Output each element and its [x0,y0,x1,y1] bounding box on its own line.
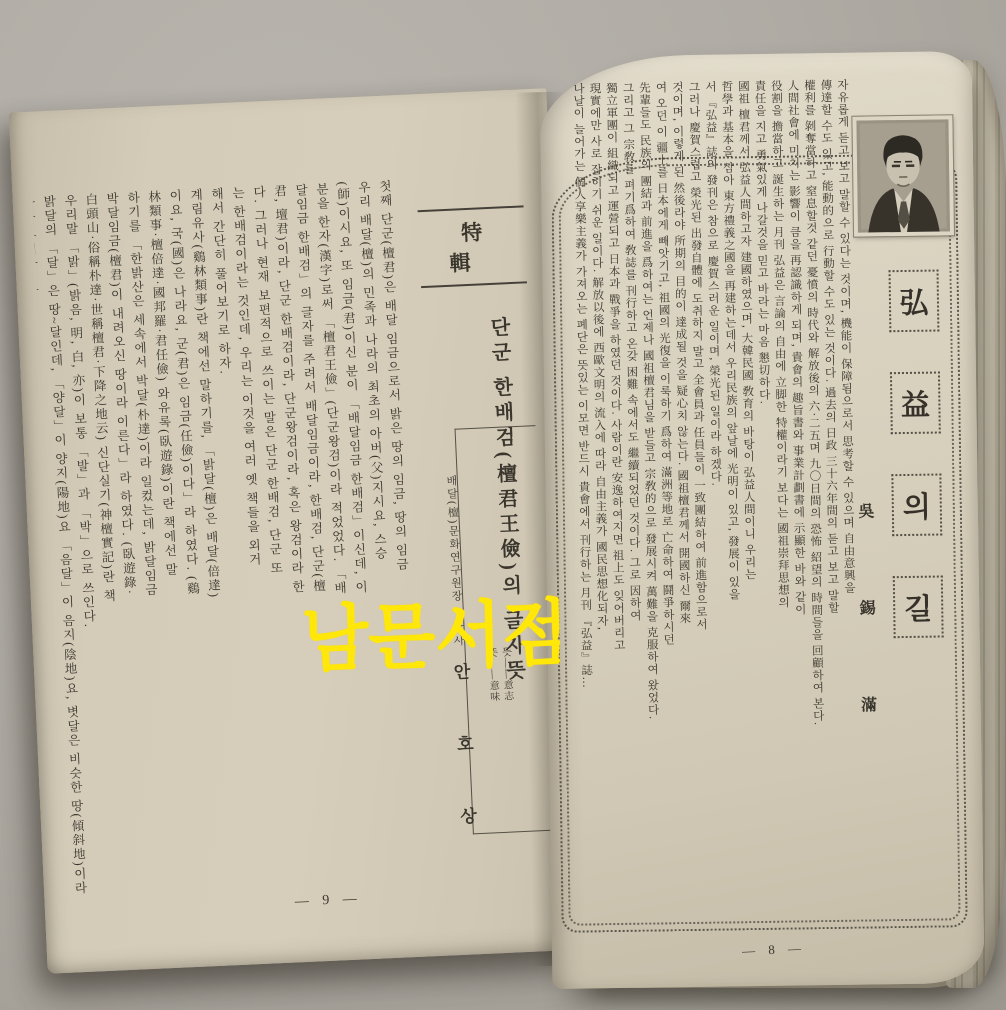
left-page: 特輯 단군 한배검(檀君王儉)의 글자뜻 뜻——意志 뜻——意味 배달(檀)문화… [9,88,586,974]
right-page-content: 弘 益 의 길 吳 錫 滿 자유롭게 듣고 보고 말할 수 있다는 것이며, 機… [554,63,971,977]
title-character-box: 弘 [889,270,940,333]
page-number-right: — 8 — [742,940,807,959]
article-title-boxes: 弘 益 의 길 [889,270,945,679]
title-character-box: 의 [891,473,942,536]
left-page-body: 첫째 단군(檀君)은 배달 임금으로서 밝은 땅의 임금, 땅의 임금 우리 배… [33,179,427,901]
title-character-box: 益 [890,372,941,435]
bookstore-watermark: 남문서점 [300,575,570,686]
portrait-illustration [856,119,950,232]
right-page: 弘 益 의 길 吳 錫 滿 자유롭게 듣고 보고 말할 수 있다는 것이며, 機… [540,51,985,989]
author-portrait-photo [852,115,954,236]
right-page-body: 자유롭게 듣고 보고 말할 수 있다는 것이며, 機能이 保障됨으로서 思考할 … [556,79,860,821]
page-number-left: — 9 — [294,891,362,910]
title-character-box: 길 [893,575,944,638]
book-photo: 特輯 단군 한배검(檀君王儉)의 글자뜻 뜻——意志 뜻——意味 배달(檀)문화… [0,0,1006,1010]
section-header: 特輯 [418,205,527,288]
